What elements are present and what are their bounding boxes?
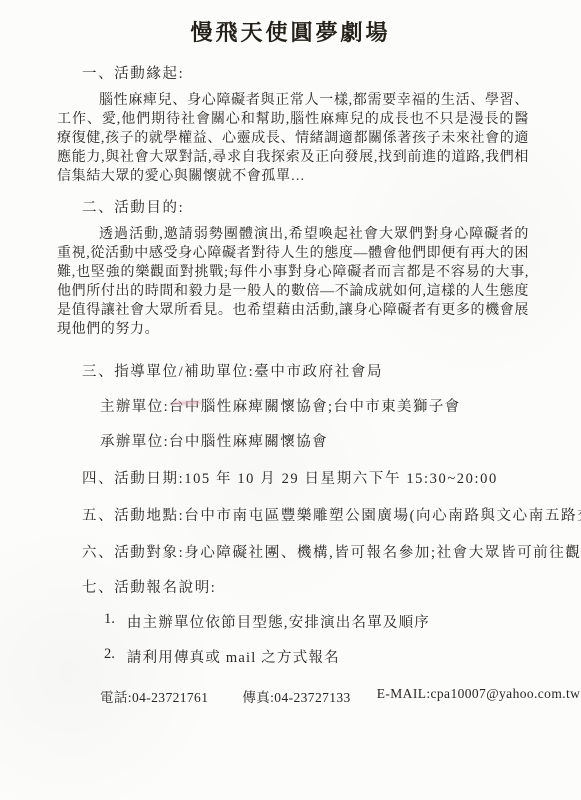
registration-item-1: 1. 由主辦單位依節目型態,安排演出名單及順序 [104, 611, 527, 632]
section3-heading: 三、指導單位/補助單位:臺中市政府社會局 [82, 360, 527, 381]
contact-fax: 傳真:04-23727133 [242, 686, 350, 706]
section7-heading-registration: 七、活動報名說明: [82, 576, 527, 597]
contact-email: E-MAIL:cpa10007@yahoo.com.tw [377, 686, 581, 706]
registration-item-2-number: 2. [104, 646, 115, 667]
executor-line: 承辦單位:台中腦性麻痺關懷協會 [100, 430, 527, 451]
organizer-line: 主辦單位:台中腦性麻痺關懷協會;台中市東美獅子會 [100, 395, 527, 416]
section1-heading: 一、活動緣起: [82, 62, 527, 83]
registration-item-2-text: 請利用傳真或 mail 之方式報名 [127, 646, 340, 667]
registration-item-1-text: 由主辦單位依節目型態,安排演出名單及順序 [127, 611, 430, 632]
section2-paragraph: 透過活動,邀請弱勢團體演出,希望喚起社會大眾們對身心障礙者的重視,從活動中感受身… [57, 225, 529, 339]
contact-info-row: 電話:04-23721761 傳真:04-23727133 E-MAIL:cpa… [100, 686, 561, 706]
section2-heading: 二、活動目的: [82, 196, 527, 217]
section4-heading-event-date: 四、活動日期:105 年 10 月 29 日星期六下午 15:30~20:00 [82, 467, 527, 488]
contact-phone: 電話:04-23721761 [100, 686, 208, 706]
scanned-document-page: 慢飛天使圓夢劇場 一、活動緣起: 腦性麻痺兒、身心障礙者與正常人一樣,都需要幸福… [0, 0, 581, 800]
section6-heading-event-audience: 六、活動對象:身心障礙社團、機構,皆可報名參加;社會大眾皆可前往觀賞 [82, 541, 527, 562]
registration-item-2: 2. 請利用傳真或 mail 之方式報名 [104, 646, 527, 667]
document-title: 慢飛天使圓夢劇場 [0, 0, 581, 47]
section1-paragraph: 腦性麻痺兒、身心障礙者與正常人一樣,都需要幸福的生活、學習、工作、愛,他們期待社… [57, 91, 529, 186]
section5-heading-event-location: 五、活動地點:台中市南屯區豐樂雕塑公園廣場(向心南路與文心南五路交叉口) [82, 504, 527, 525]
registration-item-1-number: 1. [104, 611, 115, 632]
